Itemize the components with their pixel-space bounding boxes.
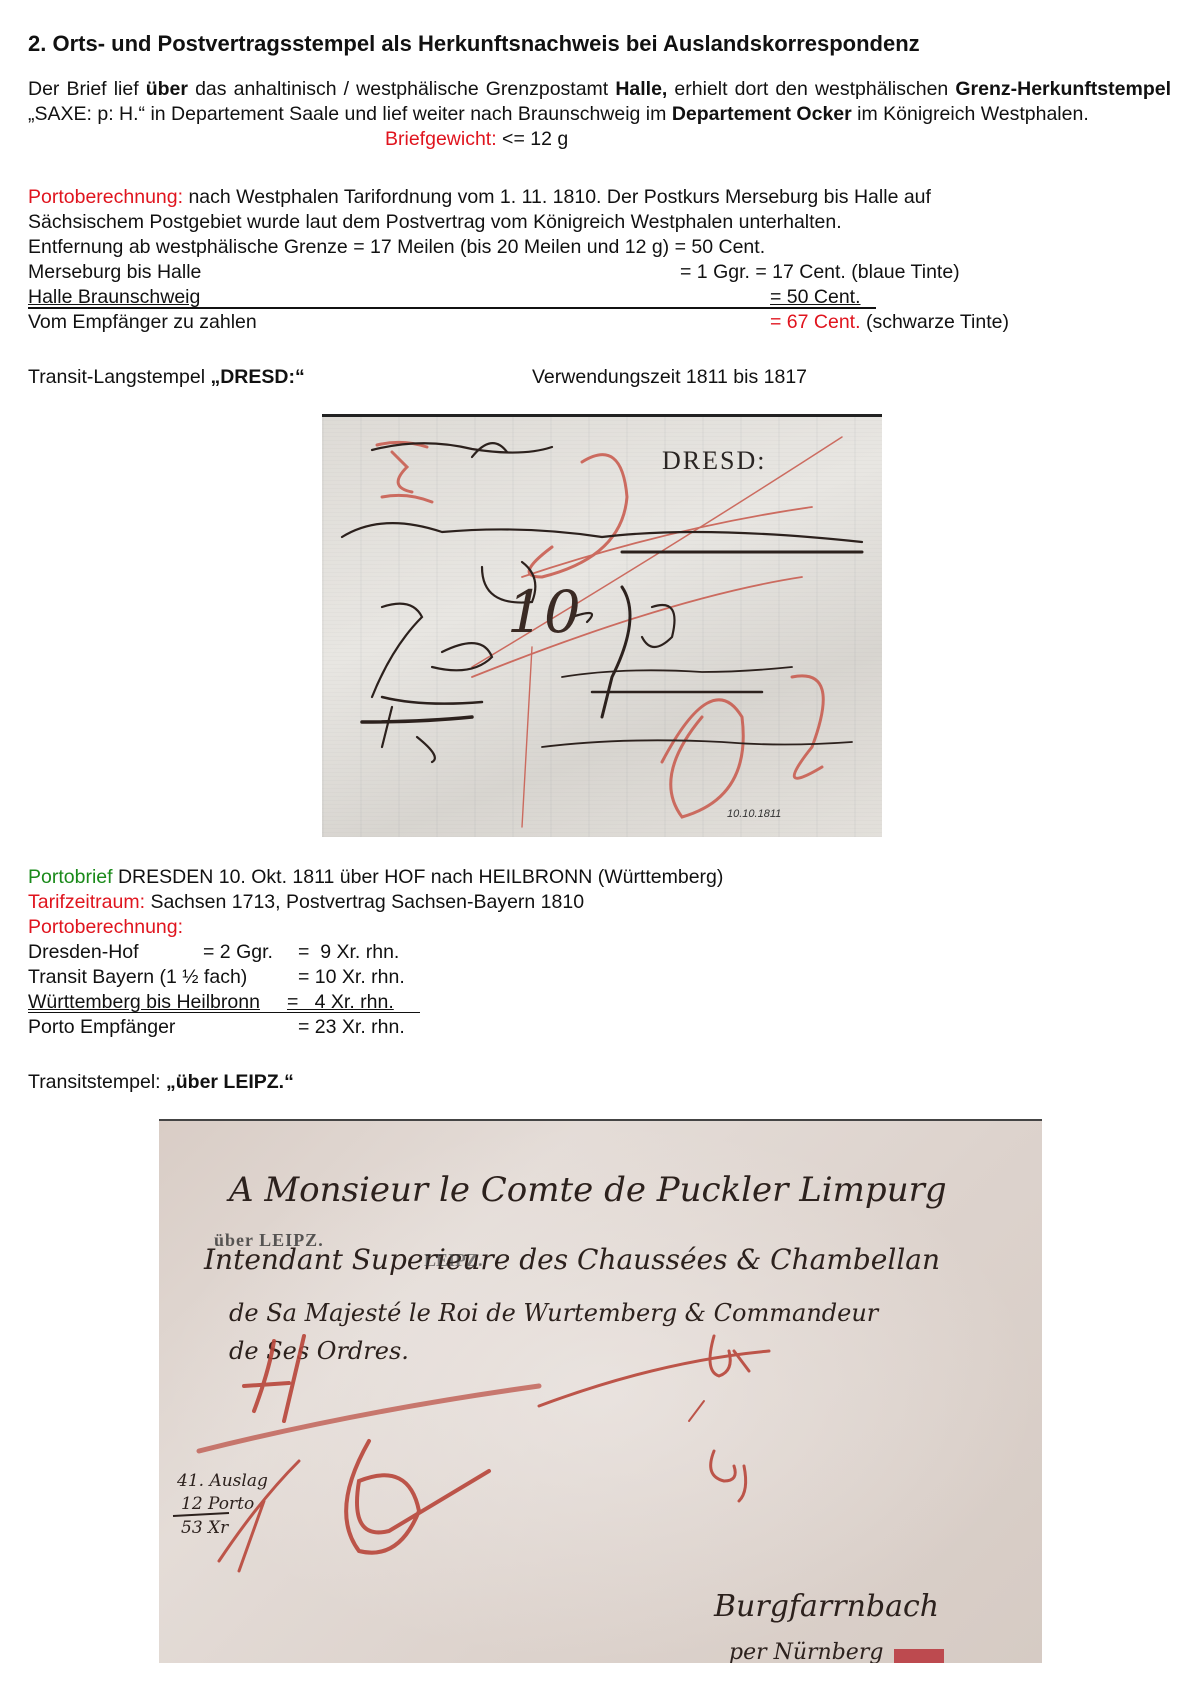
intro-paragraph: Der Brief lief über das anhaltinisch / w… xyxy=(28,77,1171,127)
sum-rule xyxy=(28,307,876,309)
total-value: = 67 Cent. xyxy=(770,311,861,333)
letter-image-dresd: DRESD: 10 10.10.1811 xyxy=(322,414,882,837)
left-note-3: 53 Xr xyxy=(181,1518,229,1538)
porto-row-label: Merseburg bis Halle xyxy=(28,260,201,284)
via: per Nürnberg xyxy=(729,1640,883,1663)
porto2-row-label: Transit Bayern (1 ½ fach) xyxy=(28,965,247,989)
intro-text: im Königreich Westphalen. xyxy=(852,103,1089,125)
porto-line-2: Sächsischem Postgebiet wurde laut dem Po… xyxy=(28,210,842,234)
intro-bold-stempel: Grenz-Herkunftstempel xyxy=(955,78,1171,100)
porto2-row-label: Porto Empfänger xyxy=(28,1015,175,1039)
porto2-row-label: Württemberg bis Heilbronn xyxy=(28,990,260,1014)
transit-label: Transitstempel: xyxy=(28,1071,166,1093)
porto-label-2: Portoberechnung: xyxy=(28,915,183,939)
letter-weight: Briefgewicht: <= 12 g xyxy=(385,127,568,151)
intro-bold-ueber: über xyxy=(146,78,188,100)
porto-row-value: = 1 Ggr. = 17 Cent. (blaue Tinte) xyxy=(680,260,960,284)
dresd-stamp: DRESD: xyxy=(662,446,766,475)
address-line-1: A Monsieur le Comte de Puckler Limpurg xyxy=(226,1170,947,1210)
letter-handwriting: A Monsieur le Comte de Puckler Limpurg I… xyxy=(159,1121,1042,1663)
transit-label: Transit-Langstempel xyxy=(28,366,210,388)
porto2-row-value: = 23 Xr. rhn. xyxy=(298,1015,405,1039)
portobrief-line: Portobrief DRESDEN 10. Okt. 1811 über HO… xyxy=(28,865,723,889)
portobrief-text: DRESDEN 10. Okt. 1811 über HOF nach HEIL… xyxy=(113,866,724,888)
address-line-3: de Sa Majesté le Roi de Wurtemberg & Com… xyxy=(229,1299,880,1327)
porto-row-label: Vom Empfänger zu zahlen xyxy=(28,310,257,334)
left-note-2: 12 Porto xyxy=(181,1494,254,1514)
sum-rule-2 xyxy=(28,1012,420,1013)
transit-stamp-line: Transit-Langstempel „DRESD:“ xyxy=(28,365,305,389)
porto-label: Portoberechnung: xyxy=(28,186,183,208)
porto2-row-mid: = 2 Ggr. xyxy=(203,940,273,964)
tarif-line: Tarifzeitraum: Sachsen 1713, Postvertrag… xyxy=(28,890,584,914)
intro-text: das anhaltinisch / westphälische Grenzpo… xyxy=(188,78,615,100)
left-note-1: 41. Auslag xyxy=(176,1471,268,1491)
porto-row-total: = 67 Cent. (schwarze Tinte) xyxy=(770,310,1009,334)
transit-stamp-name: „über LEIPZ.“ xyxy=(166,1071,294,1093)
porto-line-3: Entfernung ab westphälische Grenze = 17 … xyxy=(28,235,765,259)
porto2-row-value: = 4 Xr. rhn. xyxy=(287,990,394,1014)
tarif-text: Sachsen 1713, Postvertrag Sachsen-Bayern… xyxy=(145,891,584,913)
letter-handwriting: DRESD: 10 10.10.1811 xyxy=(322,417,882,837)
porto-line-1: Portoberechnung: nach Westphalen Tarifor… xyxy=(28,185,931,209)
weight-label: Briefgewicht: xyxy=(385,128,497,150)
page-title: 2. Orts- und Postvertragsstempel als Her… xyxy=(28,30,920,58)
svg-text:10.10.1811: 10.10.1811 xyxy=(727,808,781,820)
porto2-row-value: = 9 Xr. rhn. xyxy=(298,940,399,964)
letter-image-leipz: A Monsieur le Comte de Puckler Limpurg I… xyxy=(159,1119,1042,1663)
intro-text: „SAXE: p: H.“ in Departement Saale und l… xyxy=(28,103,672,125)
tarif-label: Tarifzeitraum: xyxy=(28,891,145,913)
porto-row-label: Halle Braunschweig xyxy=(28,285,200,309)
transit-stamp-line-2: Transitstempel: „über LEIPZ.“ xyxy=(28,1070,294,1094)
svg-text:LEIPZ.: LEIPZ. xyxy=(424,1250,483,1270)
intro-bold-departement: Departement Ocker xyxy=(672,103,852,125)
total-note: (schwarze Tinte) xyxy=(861,311,1009,333)
address-line-4: de Ses Ordres. xyxy=(229,1337,409,1365)
porto2-row-label: Dresden-Hof xyxy=(28,940,139,964)
usage-period: Verwendungszeit 1811 bis 1817 xyxy=(532,365,807,389)
weight-value: <= 12 g xyxy=(497,128,569,150)
destination: Burgfarrnbach xyxy=(713,1589,939,1624)
porto-text: nach Westphalen Tarifordnung vom 1. 11. … xyxy=(183,186,931,208)
svg-text:10: 10 xyxy=(507,578,581,646)
intro-text: Der Brief lief xyxy=(28,78,146,100)
porto-row-value: = 50 Cent. xyxy=(770,285,861,309)
portobrief-label: Portobrief xyxy=(28,866,113,888)
intro-bold-halle: Halle, xyxy=(615,78,667,100)
porto2-row-value: = 10 Xr. rhn. xyxy=(298,965,405,989)
transit-stamp-name: „DRESD:“ xyxy=(210,366,304,388)
leipz-stamp: über LEIPZ. xyxy=(214,1230,324,1250)
intro-text: erhielt dort den westphälischen xyxy=(667,78,955,100)
